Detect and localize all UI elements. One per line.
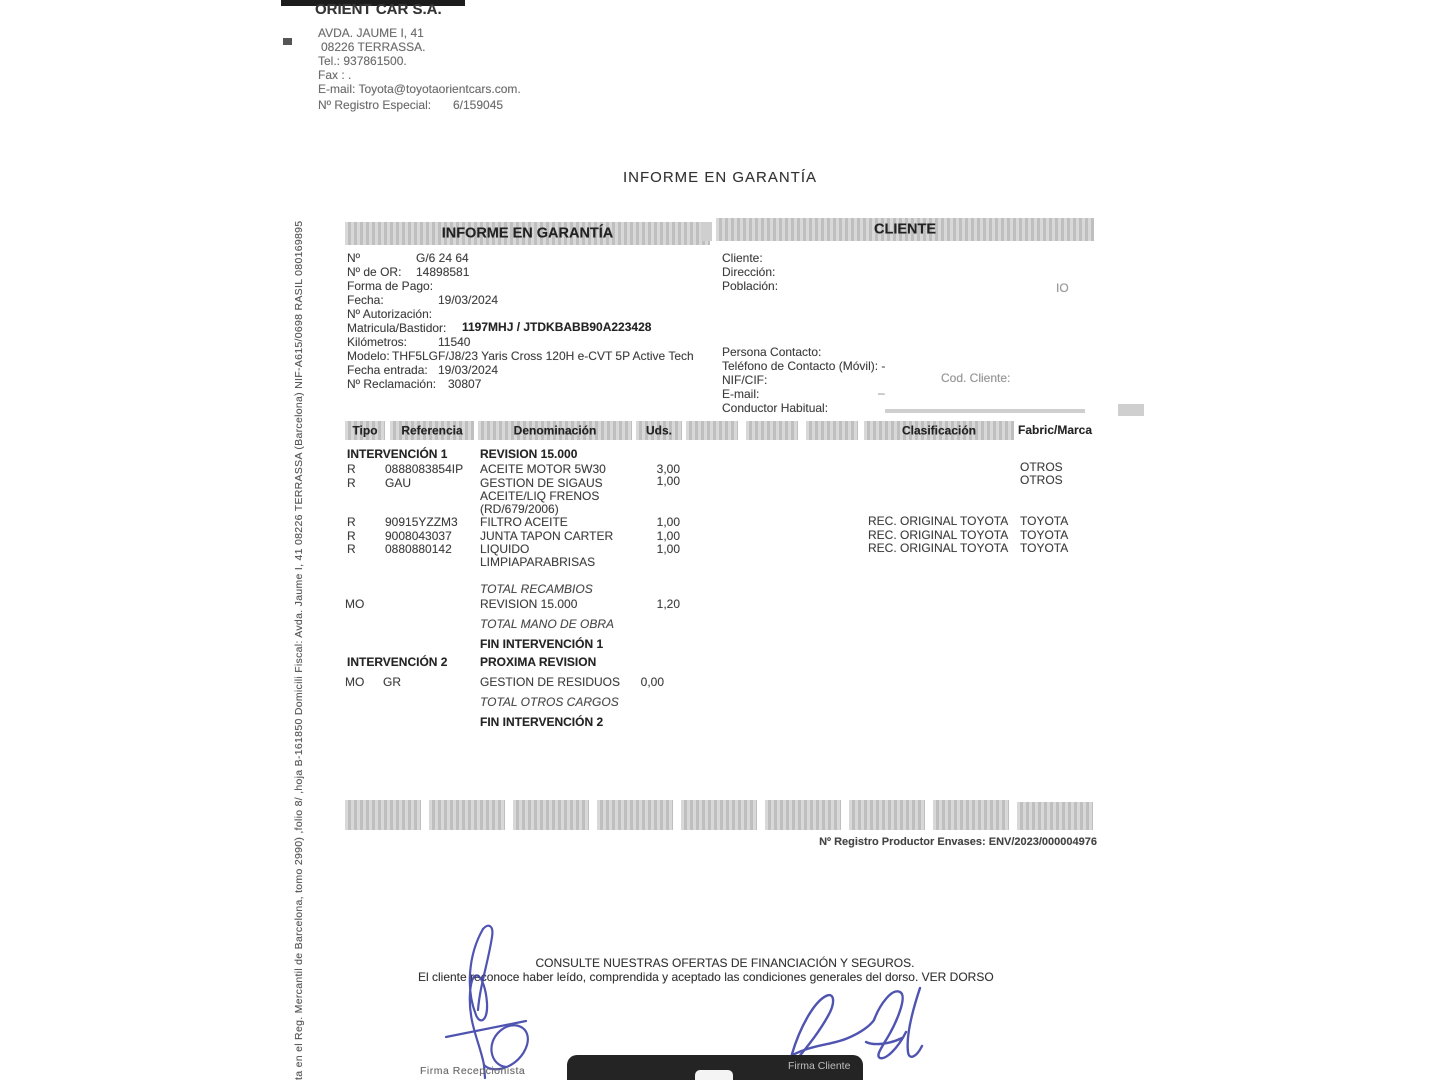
table-cell-uds: 1,00 (620, 543, 680, 556)
side-registry-text: ta en el Reg. Mercantil de Barcelona, to… (293, 118, 305, 1080)
field-km-label: Kilómetros: (347, 336, 407, 349)
table-cell-ref: 0880880142 (385, 543, 452, 556)
col-header-referencia: Referencia (390, 421, 474, 440)
client-section-bar: CLIENTE (716, 218, 1094, 241)
table-cell-clas: REC. ORIGINAL TOYOTA (868, 515, 1008, 528)
table-fin-intervencion-2: FIN INTERVENCIÓN 2 (480, 716, 603, 729)
redacted-block (1017, 802, 1093, 830)
scan-noise-block (701, 222, 712, 241)
company-address2: 08226 TERRASSA. (321, 41, 426, 54)
scan-noise-line (885, 409, 1085, 413)
table-cell-tipo: INTERVENCIÓN 1 (347, 448, 447, 461)
col-header-clasificacion: Clasificación (864, 421, 1014, 440)
redacted-block (345, 800, 421, 830)
field-fecha-value: 19/03/2024 (438, 294, 498, 307)
table-cell-tipo: INTERVENCIÓN 2 (347, 656, 447, 669)
col-header-tipo: Tipo (345, 421, 385, 440)
field-num-label: Nº (347, 252, 360, 265)
client-section-title: CLIENTE (716, 221, 1094, 237)
company-name: ORIENT CAR S.A. (315, 3, 442, 16)
redacted-block (597, 800, 673, 830)
col-header-uds: Uds. (636, 421, 682, 440)
table-cell-fab: TOYOTA (1020, 515, 1068, 528)
table-cell-fab: OTROS (1020, 474, 1063, 487)
field-email-dash: – (878, 387, 885, 400)
col-header-blank-1 (686, 421, 738, 440)
table-cell-uds: 0,00 (604, 676, 664, 689)
table-cell-den: FILTRO ACEITE (480, 516, 568, 529)
table-cell-ref: GAU (385, 477, 411, 490)
page-title: INFORME EN GARANTÍA (345, 171, 1095, 184)
table-cell-tipo: R (347, 516, 356, 529)
field-conductor-label: Conductor Habitual: (722, 402, 828, 415)
table-cell-den: LIMPIAPARABRISAS (480, 556, 595, 569)
field-modelo-value: THF5LGF/J8/23 Yaris Cross 120H e-CVT 5P … (392, 350, 694, 363)
col-header-blank-3 (806, 421, 858, 440)
scanned-warranty-report: ta en el Reg. Mercantil de Barcelona, to… (0, 0, 1440, 1080)
col-header-blank-2 (746, 421, 798, 440)
table-cell-tipo: MO (345, 676, 364, 689)
redacted-block (681, 800, 757, 830)
field-reclamacion-label: Nº Reclamación: (347, 378, 436, 391)
scan-noise-block (1118, 404, 1144, 416)
company-email: E-mail: Toyota@toyotaorientcars.com. (318, 83, 521, 96)
redacted-block (849, 800, 925, 830)
field-email-label: E-mail: (722, 388, 759, 401)
table-cell-tipo: MO (345, 598, 364, 611)
firma-recepcionista-label: Firma Recepcionista (420, 1065, 525, 1078)
table-cell-uds: 1,00 (620, 475, 680, 488)
table-fin-intervencion-1: FIN INTERVENCIÓN 1 (480, 638, 603, 651)
table-cell-tipo: R (347, 463, 356, 476)
table-cell-den: PROXIMA REVISION (480, 656, 596, 669)
field-direccion-label: Dirección: (722, 266, 775, 279)
report-section-title: INFORME EN GARANTÍA (345, 225, 710, 241)
report-section-bar: INFORME EN GARANTÍA (345, 222, 710, 245)
field-matricula-label: Matricula/Bastidor: (347, 322, 446, 335)
field-modelo-label: Modelo: (347, 350, 390, 363)
table-total-otros-cargos: TOTAL OTROS CARGOS (480, 696, 619, 709)
redacted-block (513, 800, 589, 830)
home-pill (695, 1070, 733, 1080)
registro-envases: Nº Registro Productor Envases: ENV/2023/… (697, 836, 1097, 849)
firma-cliente-label: Firma Cliente (788, 1060, 850, 1073)
field-reclamacion-value: 30807 (448, 378, 481, 391)
table-cell-tipo: R (347, 543, 356, 556)
table-cell-den: GESTION DE RESIDUOS (480, 676, 620, 689)
company-address1: AVDA. JAUME I, 41 (318, 27, 424, 40)
table-cell-uds: 1,20 (620, 598, 680, 611)
field-persona-label: Persona Contacto: (722, 346, 821, 359)
table-cell-fab: TOYOTA (1020, 542, 1068, 555)
company-registro-value: 6/159045 (453, 99, 503, 112)
company-registro-label: Nº Registro Especial: (318, 99, 431, 112)
field-or-label: Nº de OR: (347, 266, 401, 279)
table-cell-ref: 90915YZZM3 (385, 516, 458, 529)
company-tel: Tel.: 937861500. (318, 55, 407, 68)
field-telefono-label: Teléfono de Contacto (Móvil): - (722, 360, 885, 373)
field-nif-label: NIF/CIF: (722, 374, 767, 387)
field-num-value: G/6 24 64 (416, 252, 469, 265)
field-or-value: 14898581 (416, 266, 469, 279)
field-poblacion-note: IO (1056, 282, 1069, 295)
scan-speck (283, 38, 292, 45)
table-cell-uds: 1,00 (620, 516, 680, 529)
table-cell-clas: REC. ORIGINAL TOYOTA (868, 542, 1008, 555)
redacted-block (765, 800, 841, 830)
table-cell-tipo: R (347, 477, 356, 490)
field-fecha-entrada-label: Fecha entrada: (347, 364, 428, 377)
field-autorizacion-label: Nº Autorización: (347, 308, 432, 321)
table-cell-ref: 0888083854IP (385, 463, 463, 476)
company-fax: Fax : . (318, 69, 351, 82)
field-poblacion-label: Población: (722, 280, 778, 293)
receptionist-signature-ink (428, 915, 553, 1080)
table-cell-ref: GR (383, 676, 401, 689)
field-cliente-label: Cliente: (722, 252, 763, 265)
field-fecha-entrada-value: 19/03/2024 (438, 364, 498, 377)
field-fecha-label: Fecha: (347, 294, 384, 307)
field-matricula-value: 1197MHJ / JTDKBABB90A223428 (462, 321, 651, 334)
redacted-block (429, 800, 505, 830)
table-total-recambios: TOTAL RECAMBIOS (480, 583, 593, 596)
col-header-fabrica: Fabric/Marca (1018, 424, 1092, 437)
table-cell-den: ACEITE MOTOR 5W30 (480, 463, 606, 476)
field-forma-pago-label: Forma de Pago: (347, 280, 433, 293)
field-km-value: 11540 (438, 336, 470, 349)
table-cell-den: REVISION 15.000 (480, 598, 577, 611)
table-cell-den: REVISION 15.000 (480, 448, 577, 461)
col-header-denominacion: Denominación (478, 421, 632, 440)
table-total-mano-obra: TOTAL MANO DE OBRA (480, 618, 614, 631)
redacted-block (933, 800, 1009, 830)
field-cod-cliente-label: Cod. Cliente: (941, 372, 1010, 385)
